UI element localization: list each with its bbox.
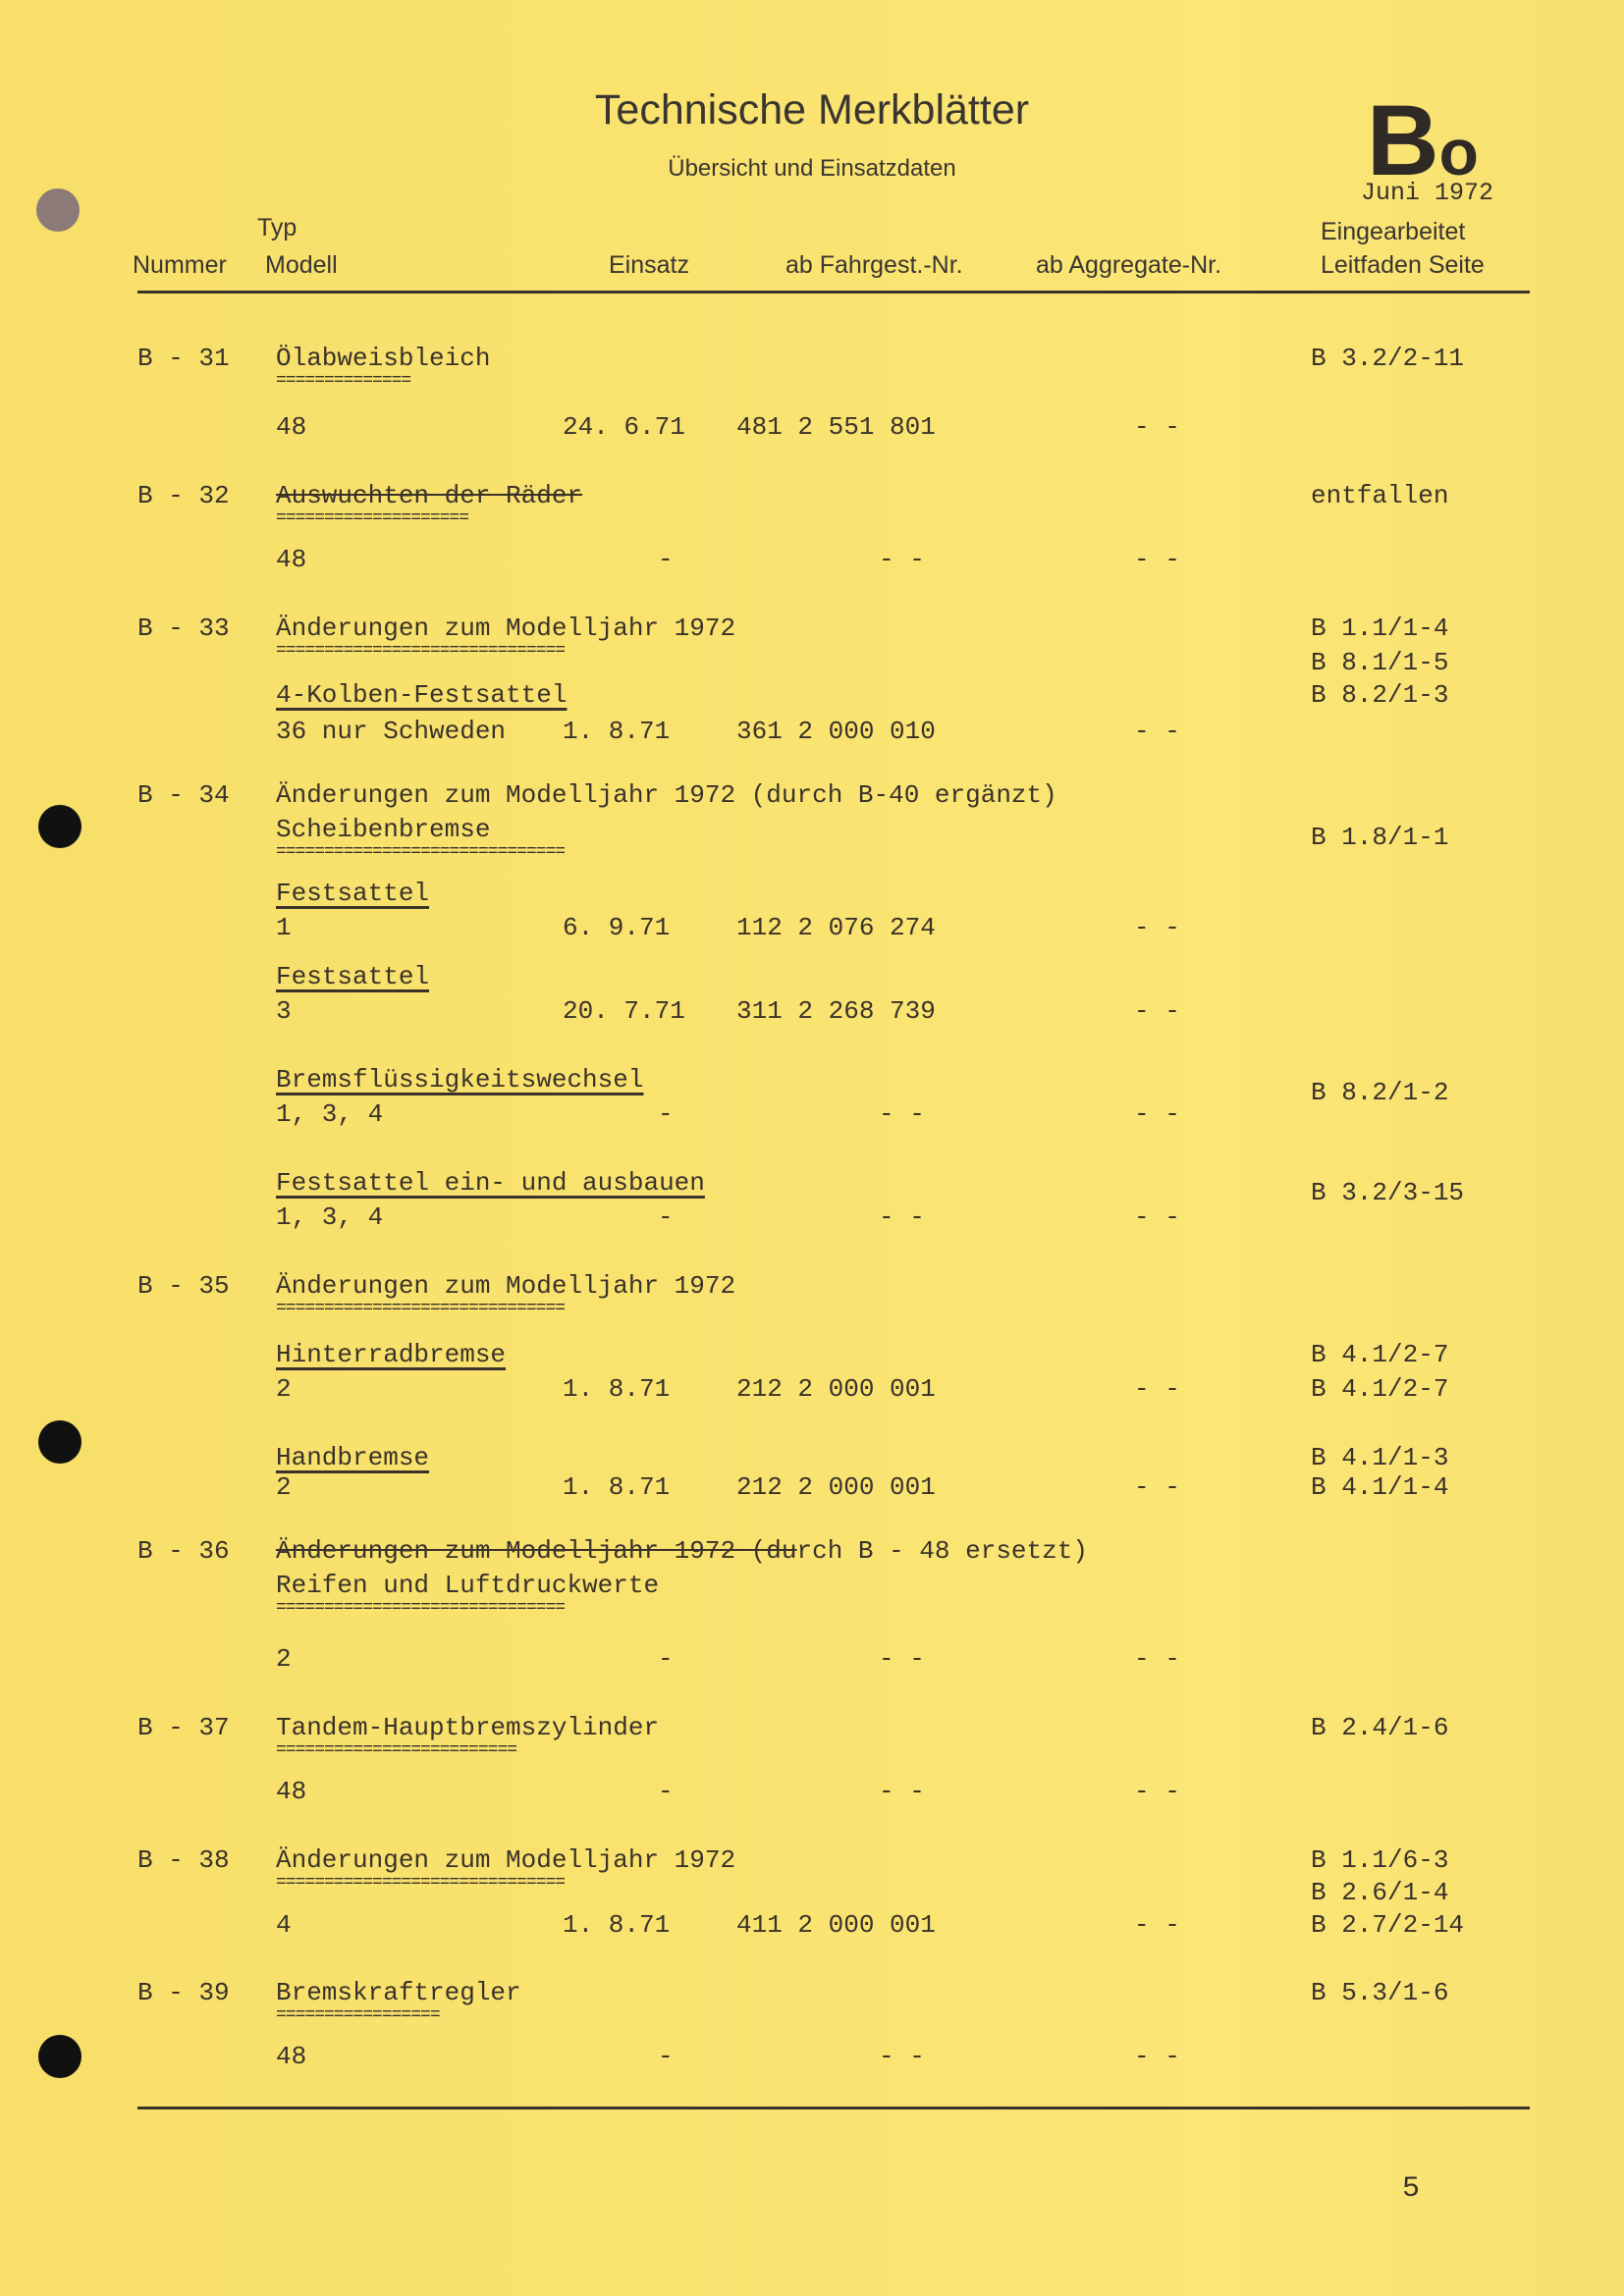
aggregate-nr: - - — [1134, 545, 1180, 574]
modell: 2 — [276, 1374, 292, 1404]
double-underline: ========================= — [276, 1740, 516, 1760]
einsatz: 1. 8.71 — [563, 1910, 670, 1940]
entry-title: Auswuchten der Räder — [276, 481, 582, 510]
einsatz: - — [658, 1099, 674, 1129]
header-rule — [137, 291, 1530, 294]
einsatz: - — [658, 545, 674, 574]
subentry-title: 4-Kolben-Festsattel — [276, 680, 567, 710]
punch-hole — [36, 188, 80, 232]
subentry-title: Handbremse — [276, 1443, 429, 1472]
modell: 2 — [276, 1472, 292, 1502]
fahrgest-nr: 212 2 000 001 — [736, 1374, 936, 1404]
entry-number: B - 38 — [137, 1845, 230, 1875]
aggregate-nr: - - — [1134, 2042, 1180, 2071]
entry-number: B - 35 — [137, 1271, 230, 1301]
entry-number: B - 31 — [137, 344, 230, 373]
section-logo: Bo — [1367, 90, 1479, 190]
leitfaden-seite: B 3.2/2-11 — [1311, 344, 1464, 373]
leitfaden-seite: B 8.2/1-2 — [1311, 1078, 1448, 1107]
aggregate-nr: - - — [1134, 1202, 1180, 1232]
aggregate-nr: - - — [1134, 412, 1180, 442]
modell: 48 — [276, 1777, 306, 1806]
modell: 1, 3, 4 — [276, 1099, 383, 1129]
modell: 48 — [276, 412, 306, 442]
modell: 48 — [276, 545, 306, 574]
modell: 36 nur Schweden — [276, 717, 506, 746]
fahrgest-nr: - - — [879, 1644, 925, 1674]
entry-number: B - 39 — [137, 1978, 230, 2007]
aggregate-nr: - - — [1134, 1644, 1180, 1674]
einsatz: 20. 7.71 — [563, 996, 685, 1026]
entry-title: Ölabweisbleich — [276, 344, 490, 373]
entry-number: B - 34 — [137, 780, 230, 810]
issue-date: Juni 1972 — [1361, 179, 1493, 207]
double-underline: ============================== — [276, 1299, 565, 1318]
fahrgest-nr: 212 2 000 001 — [736, 1472, 936, 1502]
double-underline: ============== — [276, 371, 410, 391]
footer-rule — [137, 2107, 1530, 2109]
einsatz: 6. 9.71 — [563, 913, 670, 942]
entry-title: Änderungen zum Modelljahr 1972 — [276, 614, 735, 643]
entry-title: Bremskraftregler — [276, 1978, 521, 2007]
leitfaden-seite: B 1.1/1-4 — [1311, 614, 1448, 643]
punch-hole — [38, 1420, 81, 1464]
entry-subtitle: Reifen und Luftdruckwerte — [276, 1571, 659, 1600]
einsatz: - — [658, 2042, 674, 2071]
entry-title: Änderungen zum Modelljahr 1972 (durch B … — [276, 1536, 1088, 1566]
fahrgest-nr: - - — [879, 2042, 925, 2071]
aggregate-nr: - - — [1134, 996, 1180, 1026]
col-header-einsatz: Einsatz — [609, 251, 689, 280]
aggregate-nr: - - — [1134, 1777, 1180, 1806]
leitfaden-seite: B 2.7/2-14 — [1311, 1910, 1464, 1940]
einsatz: 1. 8.71 — [563, 1472, 670, 1502]
fahrgest-nr: - - — [879, 545, 925, 574]
entry-title: Tandem-Hauptbremszylinder — [276, 1713, 659, 1742]
aggregate-nr: - - — [1134, 717, 1180, 746]
col-header-typ: Typ — [257, 214, 297, 242]
modell: 4 — [276, 1910, 292, 1940]
modell: 48 — [276, 2042, 306, 2071]
leitfaden-seite: B 4.1/1-3 — [1311, 1443, 1448, 1472]
subentry-title: Bremsflüssigkeitswechsel — [276, 1065, 643, 1095]
double-underline: ==================== — [276, 508, 468, 528]
entry-title: Änderungen zum Modelljahr 1972 — [276, 1271, 735, 1301]
entry-title: Änderungen zum Modelljahr 1972 (durch B-… — [276, 780, 1057, 810]
col-header-modell: Modell — [265, 251, 338, 280]
entry-number: B - 32 — [137, 481, 230, 510]
leitfaden-seite: B 8.2/1-3 — [1311, 680, 1448, 710]
leitfaden-seite: B 4.1/1-4 — [1311, 1472, 1448, 1502]
page-number: 5 — [1402, 2172, 1420, 2206]
entry-number: B - 37 — [137, 1713, 230, 1742]
leitfaden-seite: B 3.2/3-15 — [1311, 1178, 1464, 1207]
fahrgest-nr: - - — [879, 1099, 925, 1129]
leitfaden-seite: entfallen — [1311, 481, 1448, 510]
einsatz: - — [658, 1644, 674, 1674]
einsatz: 24. 6.71 — [563, 412, 685, 442]
fahrgest-nr: - - — [879, 1202, 925, 1232]
subentry-title: Festsattel ein- und ausbauen — [276, 1168, 705, 1198]
einsatz: 1. 8.71 — [563, 1374, 670, 1404]
leitfaden-seite: B 4.1/2-7 — [1311, 1340, 1448, 1369]
leitfaden-seite: B 2.4/1-6 — [1311, 1713, 1448, 1742]
leitfaden-seite: B 5.3/1-6 — [1311, 1978, 1448, 2007]
leitfaden-seite: B 4.1/2-7 — [1311, 1374, 1448, 1404]
modell: 3 — [276, 996, 292, 1026]
col-header-eingearbeitet: Eingearbeitet — [1321, 218, 1465, 246]
subentry-title: Festsattel — [276, 962, 429, 991]
modell: 1, 3, 4 — [276, 1202, 383, 1232]
col-header-aggregate: ab Aggregate-Nr. — [1036, 251, 1221, 280]
aggregate-nr: - - — [1134, 1099, 1180, 1129]
col-header-fahrgest: ab Fahrgest.-Nr. — [785, 251, 963, 280]
double-underline: ============================== — [276, 1598, 565, 1618]
subentry-title: Hinterradbremse — [276, 1340, 506, 1369]
aggregate-nr: - - — [1134, 1910, 1180, 1940]
fahrgest-nr: 361 2 000 010 — [736, 717, 936, 746]
col-header-nummer: Nummer — [133, 251, 227, 280]
fahrgest-nr: 112 2 076 274 — [736, 913, 936, 942]
punch-hole — [38, 805, 81, 848]
subentry-title: Festsattel — [276, 879, 429, 908]
fahrgest-nr: 481 2 551 801 — [736, 412, 936, 442]
modell: 2 — [276, 1644, 292, 1674]
leitfaden-seite: B 8.1/1-5 — [1311, 648, 1448, 677]
double-underline: ============================== — [276, 641, 565, 661]
double-underline: ============================== — [276, 1873, 565, 1893]
modell: 1 — [276, 913, 292, 942]
leitfaden-seite: B 2.6/1-4 — [1311, 1878, 1448, 1907]
aggregate-nr: - - — [1134, 913, 1180, 942]
leitfaden-seite: B 1.8/1-1 — [1311, 823, 1448, 852]
einsatz: 1. 8.71 — [563, 717, 670, 746]
punch-hole — [38, 2035, 81, 2078]
einsatz: - — [658, 1202, 674, 1232]
einsatz: - — [658, 1777, 674, 1806]
aggregate-nr: - - — [1134, 1374, 1180, 1404]
leitfaden-seite: B 1.1/6-3 — [1311, 1845, 1448, 1875]
double-underline: ============================== — [276, 842, 565, 862]
fahrgest-nr: 411 2 000 001 — [736, 1910, 936, 1940]
entry-title: Änderungen zum Modelljahr 1972 — [276, 1845, 735, 1875]
entry-number: B - 33 — [137, 614, 230, 643]
col-header-leitfaden: Leitfaden Seite — [1321, 251, 1485, 280]
fahrgest-nr: 311 2 268 739 — [736, 996, 936, 1026]
fahrgest-nr: - - — [879, 1777, 925, 1806]
aggregate-nr: - - — [1134, 1472, 1180, 1502]
double-underline: ================= — [276, 2005, 440, 2025]
entry-number: B - 36 — [137, 1536, 230, 1566]
entry-subtitle: Scheibenbremse — [276, 815, 490, 844]
